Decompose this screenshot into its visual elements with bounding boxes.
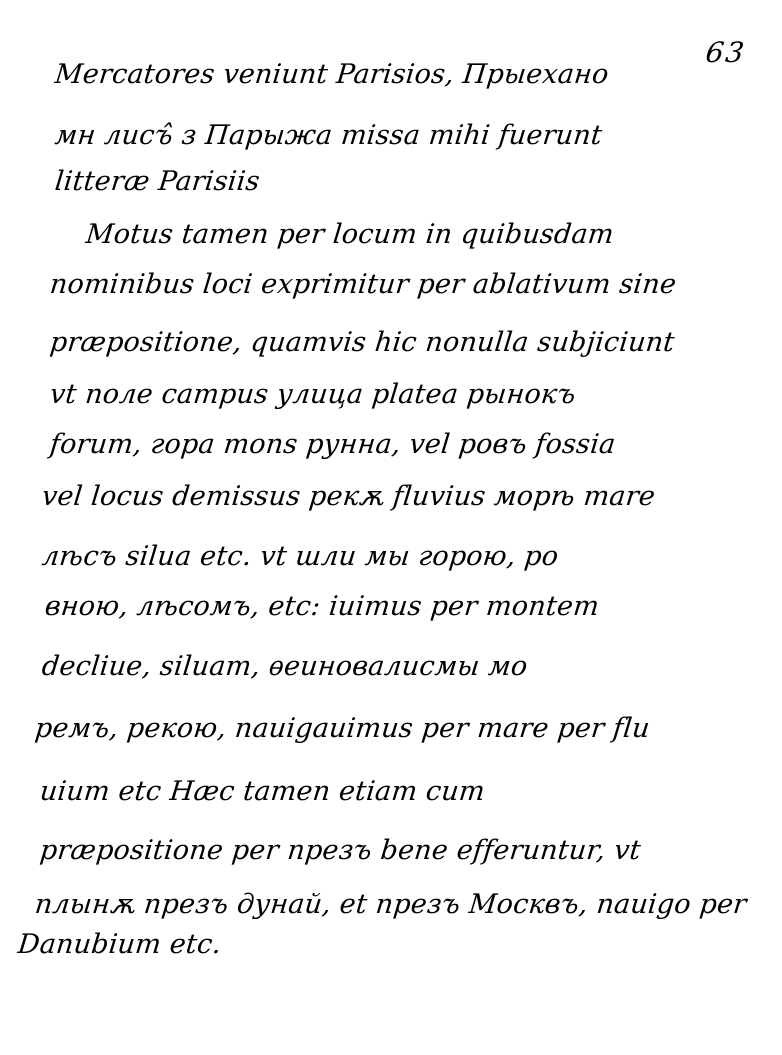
text-line: Danubium etc. — [16, 928, 223, 962]
text-line: плынѫ презъ дунай, et презъ Москвъ, naui… — [33, 888, 748, 922]
text-line: nominibus loci exprimitur per ablativum … — [48, 268, 678, 302]
text-line: мн лисъ̂ з Парыжа missa mihi fuerunt — [53, 119, 604, 153]
text-line: Mercatores veniunt Parisios, Прыехано — [53, 58, 610, 92]
text-line: uium etc Hæc tamen etiam cum — [38, 775, 486, 809]
text-line: præpositione, quamvis hic nonulla subjic… — [48, 326, 676, 360]
text-line: ремъ, рекою, nauigauimus per mare per fl… — [33, 712, 651, 746]
text-line: vel locus demissus рекѫ fluvius морѣ mar… — [40, 480, 657, 514]
text-line: decliue, siluam, ѳеиновалисмы мо — [40, 650, 529, 684]
page-number: 63 — [704, 36, 748, 69]
text-line: præpositione per презъ bene efferuntur, … — [38, 834, 642, 868]
text-line: Motus tamen per locum in quibusdam — [84, 218, 615, 252]
text-line: лѣсъ silua etc. vt шли мы горою, ро — [40, 540, 560, 574]
manuscript-page: 63 Mercatores veniunt Parisios, Прыехано… — [0, 0, 782, 1055]
text-line: litteræ Parisiis — [53, 165, 261, 199]
text-line: forum, гора mons рунна, vel ровъ fossia — [48, 428, 617, 462]
text-line: vt поле campus улица platea рынокъ — [48, 378, 577, 412]
text-line: вною, лѣсомъ, etc: iuimus per montem — [43, 590, 601, 624]
